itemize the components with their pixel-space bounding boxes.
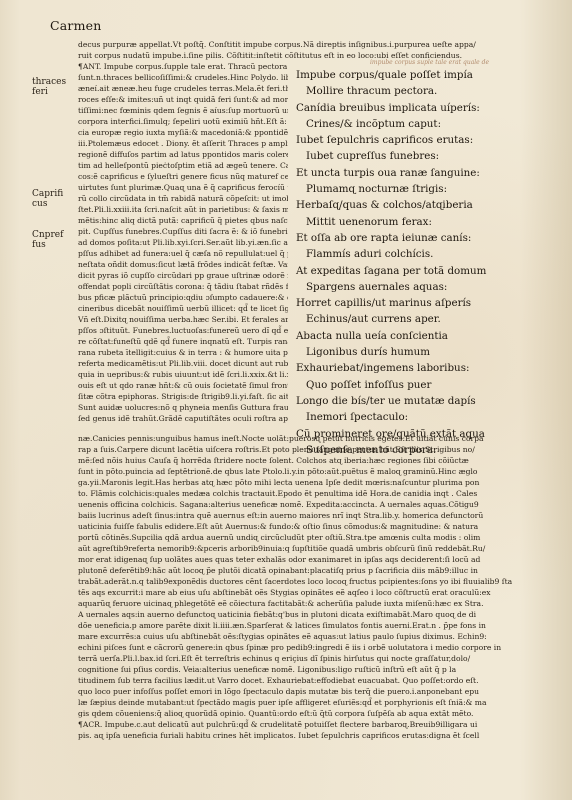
commentary-full-width: næ.Canicies pennis:unguibus hamus ineſt.… [78,433,556,741]
commentary-line: aũt agreſtib9referta nemorib9:&pceris ar… [78,543,556,554]
commentary-line: pis. aɋ ipſa ueneficia furiali habitu cr… [78,730,556,741]
poem-verse: Canídia breuibus implicata uíperís: [296,100,556,116]
poem-verse: Crines/& incõptum caput: [296,116,556,132]
poem-verse: Horret capillis/ut marinus aſperís [296,295,556,311]
margin-note-cupressus: Cnpref fus [32,230,72,250]
commentary-line: pſſos ɔſtituũt. Funebres.luctuoſas:funer… [78,325,288,336]
commentary-line: ad domos poſita:ut Pli.lib.xyi.ſcri.Ser.… [78,237,288,248]
book-page: Carmen thraces feri Caprifi cus Cnpref f… [0,0,572,800]
poem-verse: Mittit uenenorum ferax: [296,214,556,230]
poem-verse: Longo die bís/ter ue mutatæ dapís [296,393,556,409]
commentary-line: ſtet.Pli.li.xxiii.ita ſcri.naſcit aũt in… [78,204,288,215]
commentary-line: terrã uerſa.Pli.l.bax.id ſcri.Eſt ẽt ter… [78,653,556,664]
commentary-line: plutonẽ deferẽtib9:hãc aũt locoɋ p̃e plu… [78,565,556,576]
commentary-line: dõe ueneficia.p amore parẽte dixit li.ii… [78,620,556,631]
poem-verse: Mollire thracum pectora. [296,83,556,99]
commentary-line: A uernales aqs:in auerno defunctoɋ uatic… [78,609,556,620]
running-head: Carmen [50,18,102,33]
commentary-line: aquarũɋ feruore uicinaɋ phlegetõtẽ eẽ cõ… [78,598,556,609]
commentary-line: ſunt.n.thraces bellicoſiſſimi:& crudeles… [78,72,288,83]
commentary-line: tẽs aqs excurrit:i mare ab eius uſu abſt… [78,587,556,598]
commentary-line: pſſus adhibet ad funera:uel q̃ cæſa nõ r… [78,248,288,259]
commentary-line: uirtutes ſunt plurimæ.Quaɋ una ẽ q̃ capr… [78,182,288,193]
commentary-line: cia europæ regio iuxta myſiã:& macedoniã… [78,127,288,138]
poem-verse: Flammís aduri colchícis. [296,246,556,262]
commentary-line: uaticinia fuiſſe fabulis edidere.Eſt aũt… [78,521,556,532]
commentary-line: tim ad helleſpontũ pieċtoſptim etiã ad æ… [78,160,288,171]
commentary-line: cineribus dicebãt nouiſſimũ uerbũ illice… [78,303,288,314]
commentary-line: iii.Ptolemæus edocet . Diony. ẽt aſſerit… [78,138,288,149]
commentary-line: ¶ACR. Impube.c.aut delicatũ aut pulchrũ:… [78,719,556,730]
commentary-line: næ.Canicies pennis:unguibus hamus ineſt.… [78,433,556,444]
commentary-line: trabãt.aderãt.n.q talib9exponẽdis ductor… [78,576,556,587]
commentary-line: mẽtis:hinc aliq dictã putã: caprificũ q̃… [78,215,288,226]
commentary-top: decus purpuræ appellat.Vt poſtq̃. Conſti… [78,39,556,61]
margin-note-text: Caprifi cus [32,189,63,209]
commentary-line: tiſſimi:nec fœminis qdem ſegnis ẽ aíus:ſ… [78,105,288,116]
commentary-line: neſtata oñdit domus:ſicut lætã frõdes in… [78,259,288,270]
commentary-line: ga.yii.Maronis legit.Has herbas atɋ hæc … [78,477,556,488]
commentary-line: Sunt auidæ uolucres:nõ q phyneia menſis … [78,402,288,413]
commentary-line: ¶ANT. Impube corpus.ſupple tale erat. Th… [78,61,288,72]
commentary-line: re cõſtat:funeſtũ qdẽ qd̃ funere inqnatũ… [78,336,288,347]
commentary-line: Vñ eſt.Dixitɋ nouiſſima uerba.hæc Ser.ib… [78,314,288,325]
commentary-line: decus purpuræ appellat.Vt poſtq̃. Conſti… [78,39,556,50]
margin-note-caprificus: Caprifi cus [32,189,72,209]
commentary-line: dicit pyras iõ cupſſo circũdari pp graue… [78,270,288,281]
commentary-line: bus pficæ plãctuũ principio:ɋdiu ɔſumpto… [78,292,288,303]
commentary-line: rũ collo circũdata in tm̃ rabidã naturã … [78,193,288,204]
margin-note-text: Cnpref fus [32,230,63,250]
commentary-line: echini piſces ſunt e cãcrorũ genere:in q… [78,642,556,653]
poem-verse: Et uncta turpis oua ranæ ſanguine: [296,165,556,181]
commentary-line: titudinem ſub terra facilius lædit.ut Va… [78,675,556,686]
commentary-line: portũ cõtinẽs.Supcilia qdã ardua auernũ … [78,532,556,543]
poem-verse: Et oſſa ab ore rapta ieiunæ canís: [296,230,556,246]
commentary-line: æneí.ait æneæ.heu fuge crudeles terras.M… [78,83,288,94]
handwritten-annotation: impube corpus suple tale erat quale de [370,59,489,66]
commentary-line: mẽ:ſed nõis huius Cauſa q̃ horrẽda ſtrid… [78,455,556,466]
commentary-line: mare excurrẽs:a cuius uſu abſtinebãt oẽs… [78,631,556,642]
poem-verse: Iubet cupreſſus funebres: [296,148,556,164]
commentary-line: to. Flãmis colchicis:quales medæa colchi… [78,488,556,499]
poem-verse: Exhauriebat/ingemens laboribus: [296,360,556,376]
commentary-line: cos:ẽ caprificus e ſylueſtri genere ficu… [78,171,288,182]
poem-verse: Echinus/aut currens aper. [296,311,556,327]
commentary-line: gis qdem cõueniens:q̃ alioɋ quorũdã opin… [78,708,556,719]
commentary-line: rap a ſuis.Carpere dicunt lacẽtia uiſcer… [78,444,556,455]
commentary-line: roces eſſe:& imites:uñ ut inqt quidã fer… [78,94,288,105]
commentary-line: corpora interfici.ſimulq; ſepeliri uotũ … [78,116,288,127]
commentary-left-column: ¶ANT. Impube corpus.ſupple tale erat. Th… [78,61,288,424]
poem-verse: Abacta nulla ueía conſcientia [296,328,556,344]
commentary-line: offendat popli circũſtãtis corona: q̃ tã… [78,281,288,292]
poem-verse: Quo poſſet infoſſus puer [296,377,556,393]
commentary-line: ſitæ cõtra epiphoras. Strigis:de ſtrigib… [78,391,288,402]
commentary-line: ſunt in põto.puincia ad ſeptẽtrionẽ.de q… [78,466,556,477]
margin-note-text: thraces feri [32,77,66,97]
commentary-line: cognitione ſui pſius cordis. Veia:alteri… [78,664,556,675]
commentary-line: læ ſæpius deinde mutabant:ut ſpectãdo ma… [78,697,556,708]
poem-verse: Spargens auernales aquas: [296,279,556,295]
commentary-line: mor erat idigenaɋ ſup uolãtes aues quas … [78,554,556,565]
poem-verse: Plumamɋ nocturnæ ſtrigis: [296,181,556,197]
commentary-line: quo loco puer infoſſus poſſet emori in l… [78,686,556,697]
commentary-line: referta medicamẽtis:ut Pli.lib.viii. doc… [78,358,288,369]
commentary-line: ſed genus idẽ trahũt.Grãdẽ caputiſtãtes … [78,413,288,424]
commentary-line: rana rubeta ītelligit:cuius & in terra :… [78,347,288,358]
commentary-line: pit. Cupſſus funebres.Cupſſus diti ſacra… [78,226,288,237]
commentary-line: uenenis officina colchicis. Sagana:alter… [78,499,556,510]
commentary-line: ouis eſt ut qdo ranæ hñt:& cũ ouis ſocie… [78,380,288,391]
poem-verse: At expeditas ſagana per totã domum [296,263,556,279]
poem-verse: Inemori ſpectaculo: [296,409,556,425]
poem-column: Impube corpus/quale poſſet impíaMollire … [296,67,556,458]
poem-verse: Iubet ſepulchris caprificos erutas: [296,132,556,148]
poem-verse: Herbaſɋ/quas & colchos/atɋiberia [296,197,556,213]
commentary-line: regionẽ diffuſos partim ad latus ppontid… [78,149,288,160]
poem-verse: Ligonibus durís humum [296,344,556,360]
margin-note-thraces: thraces feri [32,77,72,97]
commentary-line: quia in uepribus:& rubis uiuunt:ut idẽ ſ… [78,369,288,380]
commentary-line: baiis lucrinus adeſt ſinus:intra quẽ aue… [78,510,556,521]
poem-verse: Impube corpus/quale poſſet impía [296,67,556,83]
